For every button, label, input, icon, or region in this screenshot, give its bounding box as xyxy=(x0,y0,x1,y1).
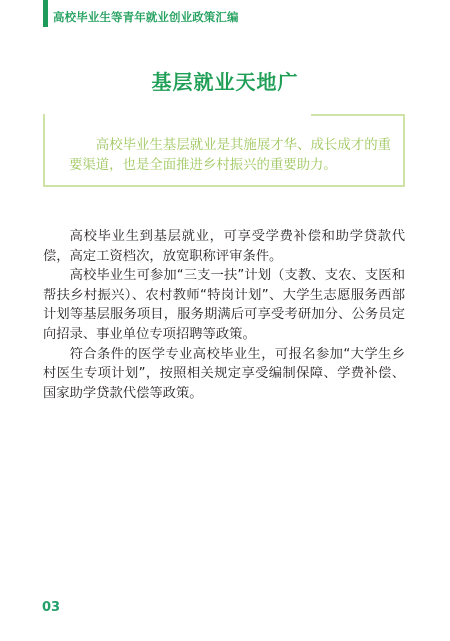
summary-text: 高校毕业生基层就业是其施展才华、成长成才的重要渠道，也是全面推进乡村振兴的重要助… xyxy=(69,136,391,176)
summary-box-border-bottom xyxy=(43,185,405,187)
body-content: 高校毕业生到基层就业，可享受学费补偿和助学贷款代偿，高定工资档次，放宽职称评审条… xyxy=(43,227,405,403)
running-header: 高校毕业生等青年就业创业政策汇编 xyxy=(53,9,239,25)
page-number: 03 xyxy=(42,600,60,616)
summary-box: 高校毕业生基层就业是其施展才华、成长成才的重要渠道，也是全面推进乡村振兴的重要助… xyxy=(43,114,403,187)
summary-box-border-right xyxy=(403,114,405,187)
paragraph: 高校毕业生可参加“三支一扶”计划（支教、支农、支医和帮扶乡村振兴）、农村教师“特… xyxy=(43,266,405,344)
summary-box-border-left xyxy=(43,114,45,187)
paragraph: 符合条件的医学专业高校毕业生，可报名参加“大学生乡村医生专项计划”，按照相关规定… xyxy=(43,345,405,404)
summary-box-border-top xyxy=(311,114,405,116)
page-title: 基层就业天地广 xyxy=(0,69,450,95)
header-accent-bar xyxy=(43,0,48,27)
paragraph: 高校毕业生到基层就业，可享受学费补偿和助学贷款代偿，高定工资档次，放宽职称评审条… xyxy=(43,227,405,266)
